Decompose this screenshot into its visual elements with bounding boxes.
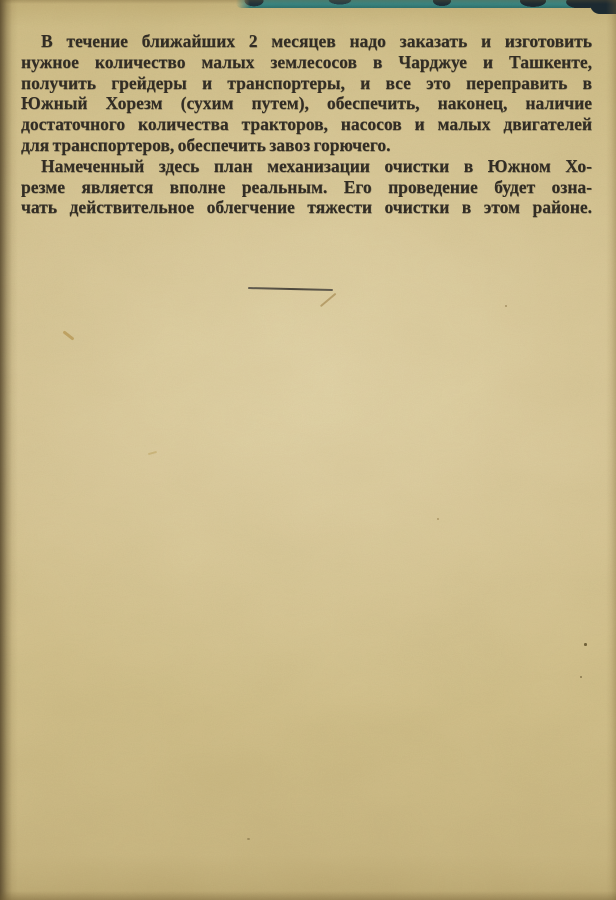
paper-fiber-speck — [62, 330, 74, 340]
text-line: получить грейдеры и транспортеры, и все … — [21, 73, 592, 94]
paper-speck — [437, 518, 439, 520]
page-edge-bottom-shadow — [0, 891, 616, 900]
page-text-block: В течение ближайших 2 месяцев надо заказ… — [21, 31, 592, 218]
binding-gutter-shadow — [0, 0, 18, 900]
paper-fiber-speck — [148, 451, 157, 455]
paper-speck — [505, 305, 507, 307]
paper-speck — [580, 676, 582, 678]
scanned-book-page: В течение ближайших 2 месяцев надо заказ… — [0, 0, 616, 900]
page-edge-right-shadow — [606, 0, 616, 900]
paper-speck — [247, 838, 250, 840]
text-line: Намеченный здесь план механизации очистк… — [21, 156, 592, 177]
text-line: нужное количество малых землесосов в Чар… — [21, 52, 592, 73]
paper-speck — [584, 643, 587, 646]
text-line: для транспортеров, обеспечить завоз горю… — [21, 135, 592, 156]
text-line: чать действительное облегчение тяжести о… — [21, 197, 592, 218]
text-line: достаточного количества тракторов, насос… — [21, 114, 592, 135]
text-line: В течение ближайших 2 месяцев надо заказ… — [21, 31, 592, 52]
section-divider-rule — [248, 287, 333, 291]
text-line: резме является вполне реальным. Его пров… — [21, 177, 592, 198]
paper-fiber-speck — [320, 293, 336, 307]
text-line: Южный Хорезм (сухим путем), обеспечить, … — [21, 93, 592, 114]
page-edge-top-shadow — [0, 0, 616, 4]
